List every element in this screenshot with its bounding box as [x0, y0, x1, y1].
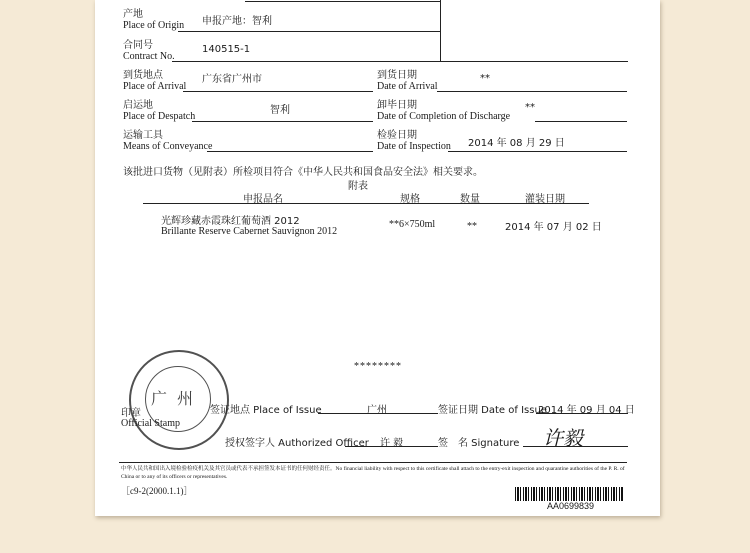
disclaimer-rule — [119, 462, 627, 463]
inspection-date-label-en: Date of Inspection — [377, 141, 451, 152]
compliance-statement: 该批进口货物（见附表）所检项目符合《中华人民共和国食品安全法》相关要求。 — [123, 163, 483, 178]
contract-value: 140515-1 — [202, 44, 250, 55]
serial-number: AA0699839 — [547, 501, 594, 511]
issue-date-label: 签证日期 Date of Issue — [438, 401, 547, 416]
arrival-date-label-en: Date of Arrival — [377, 81, 438, 92]
stamp-label-en: Official Stamp — [121, 418, 180, 429]
discharge-date-underline — [535, 121, 627, 122]
arrival-place-label-zh: 到货地点 — [123, 66, 163, 81]
origin-label-zh: 产地 — [123, 5, 143, 20]
issue-place-underline — [318, 413, 438, 414]
signature-label: 签 名 Signature — [438, 434, 519, 449]
product-name-zh: 光辉珍藏赤霞珠红葡萄酒 2012 — [161, 212, 300, 227]
table-header-rule — [143, 203, 589, 204]
stamp-label-zh: 印章 — [121, 404, 141, 419]
signature-underline — [523, 446, 628, 447]
certificate-page: 产地 Place of Origin 申报产地：智利 合同号 Contract … — [95, 0, 660, 516]
conveyance-label-zh: 运输工具 — [123, 126, 163, 141]
product-quantity: ** — [467, 221, 477, 232]
product-fill-date: 2014 年 07 月 02 日 — [505, 218, 602, 233]
disclaimer-text: 中华人民共和国出入境检验检疫机关及其官员或代表不承担签发本证书的任何财经责任。N… — [121, 465, 627, 481]
issue-date-underline — [536, 413, 628, 414]
appendix-title: 附表 — [348, 177, 368, 192]
discharge-date-value: ** — [525, 102, 535, 113]
inspection-date-value: 2014 年 08 月 29 日 — [468, 134, 565, 149]
conveyance-underline — [207, 151, 373, 152]
contract-label-en: Contract No. — [123, 51, 175, 62]
origin-underline — [178, 31, 440, 32]
issue-place-label: 签证地点 Place of Issue — [210, 401, 322, 416]
stamp-city: 广州 — [151, 386, 203, 409]
contract-label-zh: 合同号 — [123, 36, 153, 51]
arrival-place-value: 广东省广州市 — [202, 70, 262, 85]
barcode — [515, 487, 623, 501]
despatch-label-zh: 启运地 — [123, 96, 153, 111]
discharge-date-label-zh: 卸毕日期 — [377, 96, 417, 111]
despatch-underline — [192, 121, 373, 122]
inspection-date-label-zh: 检验日期 — [377, 126, 417, 141]
inspection-date-underline — [448, 151, 627, 152]
form-code: ［c9-2(2000.1.1)］ — [121, 484, 193, 497]
discharge-date-label-en: Date of Completion of Discharge — [377, 111, 510, 122]
origin-value: 申报产地：智利 — [202, 12, 272, 27]
contract-underline — [172, 61, 628, 62]
officer-underline — [345, 446, 438, 447]
official-stamp: 广州 — [129, 350, 229, 450]
arrival-place-underline — [183, 91, 373, 92]
arrival-date-label-zh: 到货日期 — [377, 66, 417, 81]
despatch-value: 智利 — [270, 101, 290, 116]
box-right-border — [440, 0, 441, 61]
despatch-label-en: Place of Despatch — [123, 111, 195, 122]
top-partial-line — [245, 1, 440, 2]
origin-label-en: Place of Origin — [123, 20, 184, 31]
product-spec: **6×750ml — [389, 219, 435, 230]
arrival-date-value: ** — [480, 73, 490, 84]
conveyance-label-en: Means of Conveyance — [123, 141, 212, 152]
arrival-place-label-en: Place of Arrival — [123, 81, 186, 92]
end-of-content-mark: ******** — [354, 361, 402, 372]
arrival-date-underline — [437, 91, 627, 92]
product-name-en: Brillante Reserve Cabernet Sauvignon 201… — [161, 226, 337, 237]
